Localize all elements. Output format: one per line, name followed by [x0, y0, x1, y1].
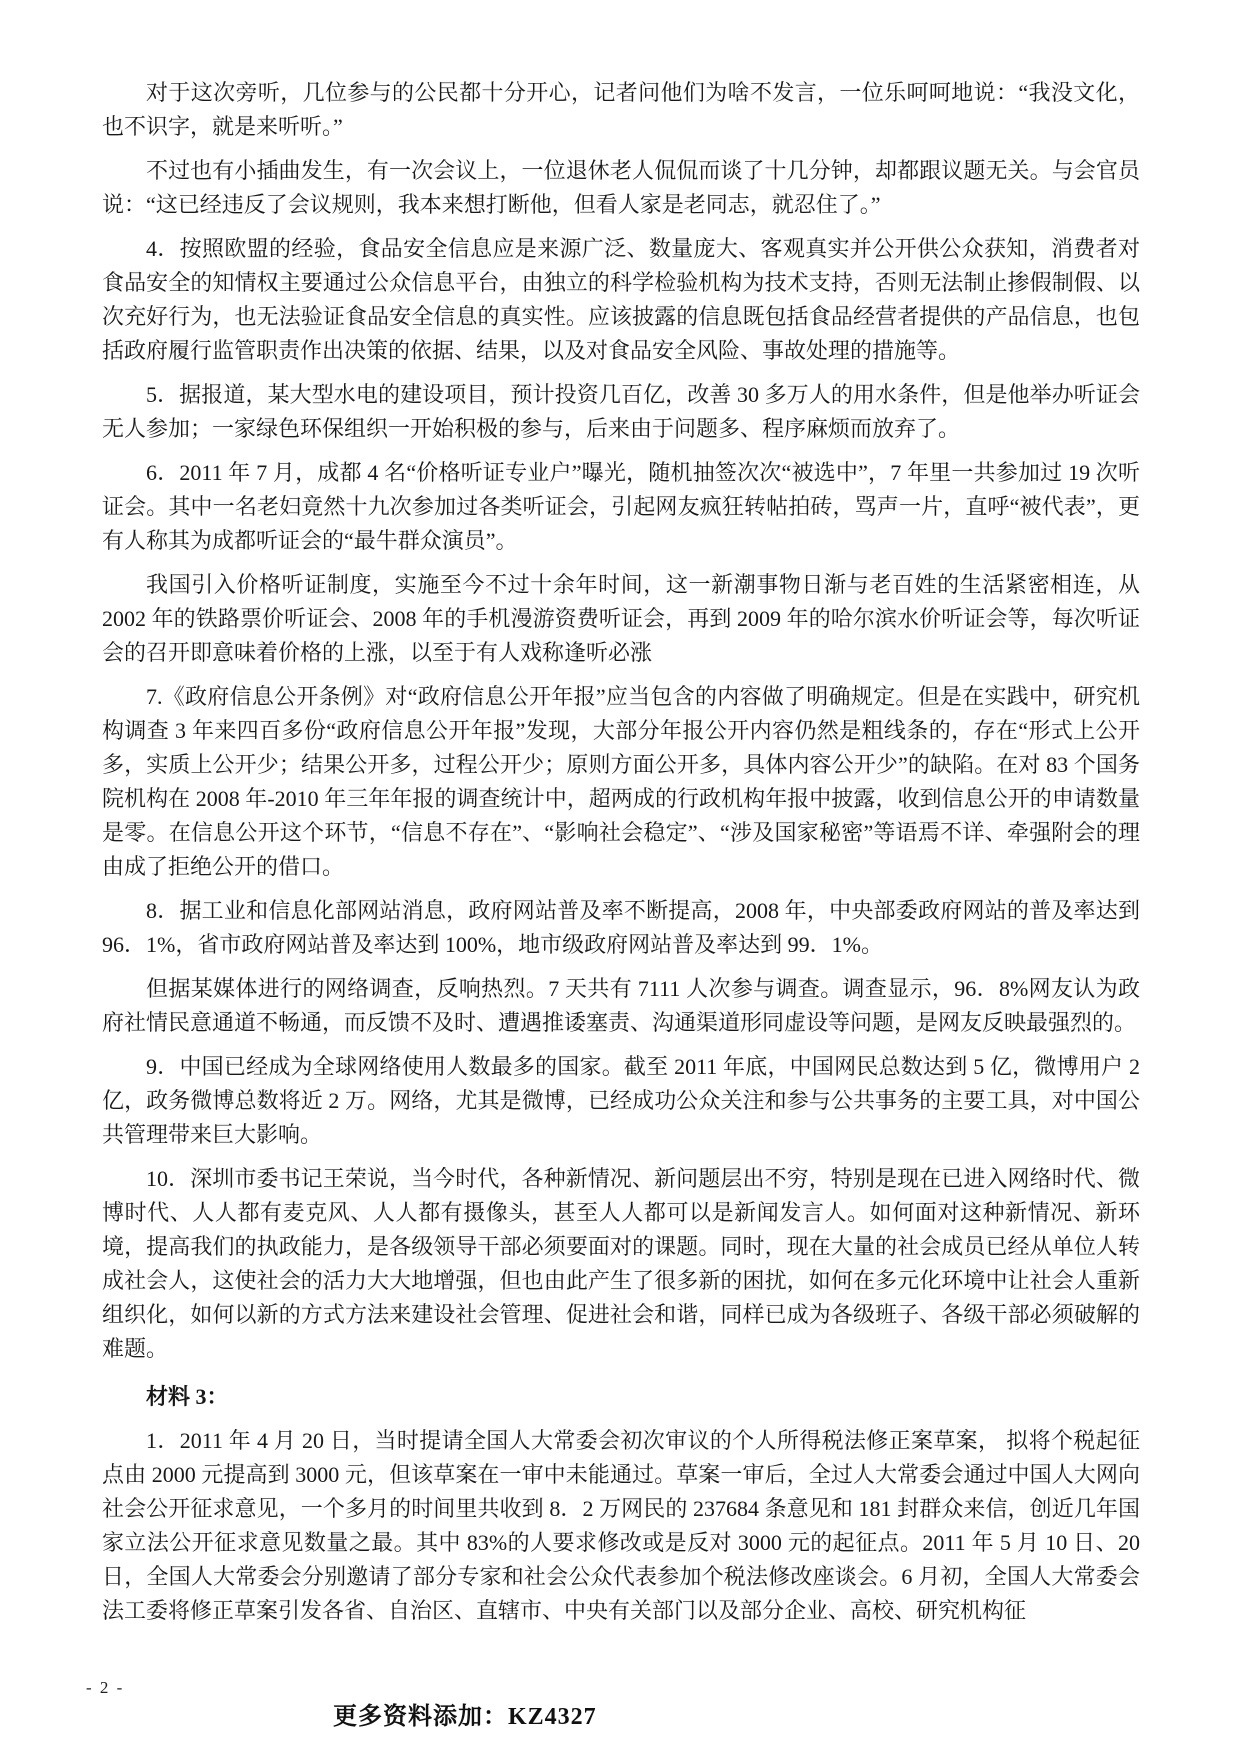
document-body: 对于这次旁听，几位参与的公民都十分开心，记者问他们为啥不发言，一位乐呵呵地说：“… [102, 76, 1140, 1628]
paragraph-media-online-survey: 但据某媒体进行的网络调查，反响热烈。7 天共有 7111 人次参与调查。调查显示… [102, 972, 1140, 1040]
paragraph-item-10-shenzhen-secretary: 10．深圳市委书记王荣说，当今时代，各种新情况、新问题层出不穷，特别是现在已进入… [102, 1162, 1140, 1366]
page-number: - 2 - [86, 1678, 124, 1698]
footer-watermark: 更多资料添加：KZ4327 [333, 1696, 597, 1731]
paragraph-bystander-comment: 对于这次旁听，几位参与的公民都十分开心，记者问他们为啥不发言，一位乐呵呵地说：“… [102, 76, 1140, 144]
paragraph-meeting-episode: 不过也有小插曲发生，有一次会议上，一位退休老人侃侃而谈了十几分钟，却都跟议题无关… [102, 154, 1140, 222]
paragraph-price-hearing-system: 我国引入价格听证制度，实施至今不过十余年时间，这一新潮事物日渐与老百姓的生活紧密… [102, 568, 1140, 670]
paragraph-item-4-eu-food-safety: 4．按照欧盟的经验，食品安全信息应是来源广泛、数量庞大、客观真实并公开供公众获知… [102, 232, 1140, 368]
paragraph-material3-item-1-tax-law: 1．2011 年 4 月 20 日，当时提请全国人大常委会初次审议的个人所得税法… [102, 1424, 1140, 1628]
paragraph-item-9-internet-users: 9．中国已经成为全球网络使用人数最多的国家。截至 2011 年底，中国网民总数达… [102, 1050, 1140, 1152]
paragraph-item-5-hydropower-hearing: 5．据报道，某大型水电的建设项目，预计投资几百亿，改善 30 多万人的用水条件，… [102, 378, 1140, 446]
document-page: 对于这次旁听，几位参与的公民都十分开心，记者问他们为啥不发言，一位乐呵呵地说：“… [0, 0, 1240, 1754]
material-3-heading: 材料 3： [102, 1380, 1140, 1414]
paragraph-item-8-gov-website-coverage: 8．据工业和信息化部网站消息，政府网站普及率不断提高，2008 年，中央部委政府… [102, 894, 1140, 962]
paragraph-item-7-information-disclosure: 7.《政府信息公开条例》对“政府信息公开年报”应当包含的内容做了明确规定。但是在… [102, 680, 1140, 884]
paragraph-item-6-chengdu-hearing-households: 6．2011 年 7 月，成都 4 名“价格听证专业户”曝光，随机抽签次次“被选… [102, 456, 1140, 558]
